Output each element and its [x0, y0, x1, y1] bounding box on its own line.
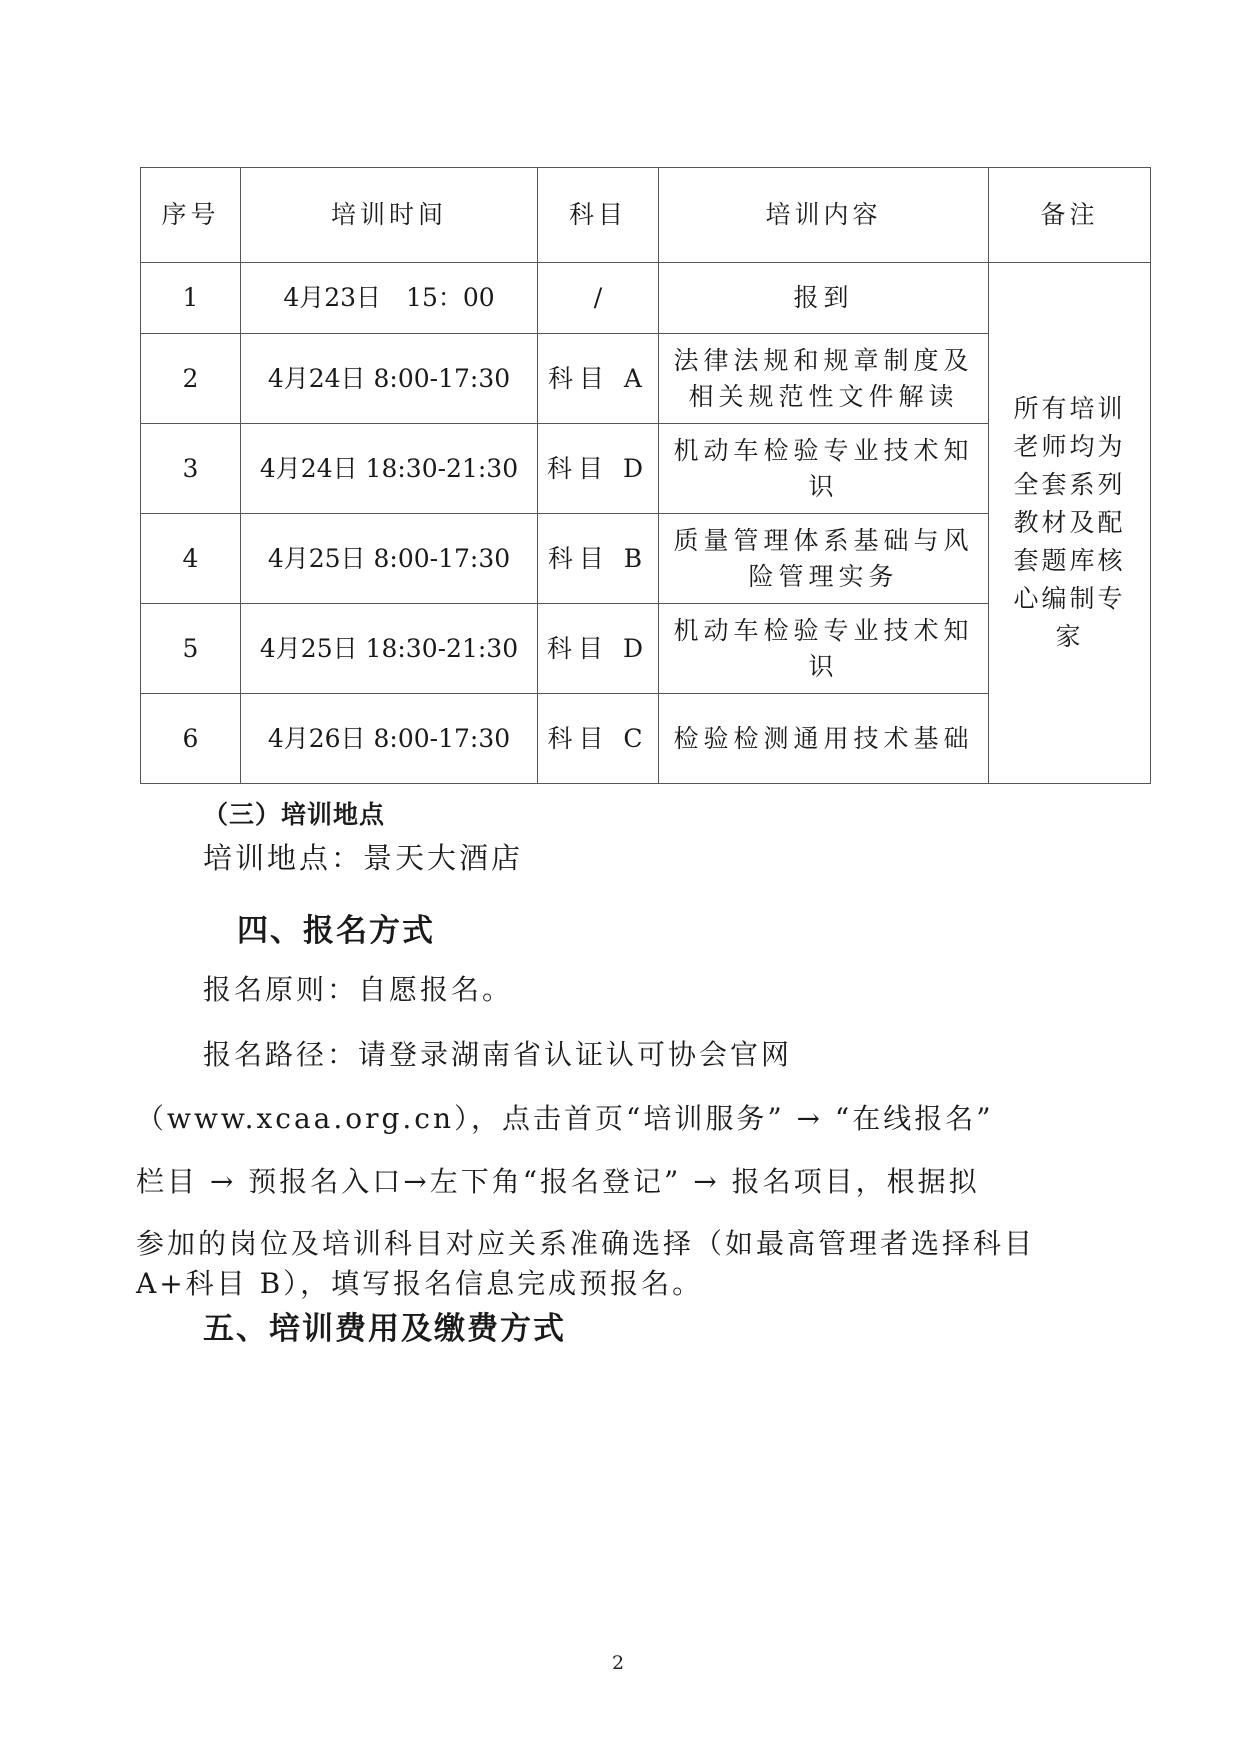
cell-index: 3	[141, 424, 241, 514]
cell-content: 法律法规和规章制度及相关规范性文件解读	[659, 334, 989, 424]
cell-time: 4月24日 18:30-21:30	[241, 424, 538, 514]
registration-principle: 报名原则：自愿报名。	[203, 968, 513, 1008]
registration-path-line: （www.xcaa.org.cn），点击首页“培训服务” → “在线报名”	[136, 1097, 994, 1137]
cell-content: 检验检测通用技术基础	[659, 694, 989, 784]
cell-index: 1	[141, 263, 241, 334]
fees-heading: 五、培训费用及缴费方式	[203, 1303, 566, 1348]
header-content: 培训内容	[659, 168, 989, 263]
cell-subject: 科目 A	[538, 334, 659, 424]
cell-content: 机动车检验专业技术知识	[659, 424, 989, 514]
table-header-row: 序号 培训时间 科目 培训内容 备注	[141, 168, 1151, 263]
cell-index: 4	[141, 514, 241, 604]
location-heading: （三）培训地点	[203, 795, 385, 831]
cell-subject: 科目 D	[538, 424, 659, 514]
cell-remark: 所有培训老师均为全套系列教材及配套题库核心编制专家	[989, 263, 1151, 784]
page-number: 2	[612, 1652, 624, 1674]
registration-heading: 四、报名方式	[237, 905, 435, 950]
cell-subject: 科目 D	[538, 604, 659, 694]
cell-content: 报到	[659, 263, 989, 334]
cell-subject: 科目 B	[538, 514, 659, 604]
table-row: 1 4月23日 15：00 / 报到 所有培训老师均为全套系列教材及配套题库核心…	[141, 263, 1151, 334]
registration-path-line: 参加的岗位及培训科目对应关系准确选择（如最高管理者选择科目	[136, 1222, 1035, 1262]
registration-path-line: 栏目 → 预报名入口→左下角“报名登记” → 报名项目，根据拟	[136, 1160, 980, 1200]
cell-content: 质量管理体系基础与风险管理实务	[659, 514, 989, 604]
training-schedule-table: 序号 培训时间 科目 培训内容 备注 1 4月23日 15：00 / 报到 所有…	[140, 167, 1151, 784]
cell-subject: 科目 C	[538, 694, 659, 784]
cell-index: 2	[141, 334, 241, 424]
cell-index: 5	[141, 604, 241, 694]
cell-time: 4月25日 18:30-21:30	[241, 604, 538, 694]
cell-index: 6	[141, 694, 241, 784]
header-subject: 科目	[538, 168, 659, 263]
registration-path-line: 报名路径：请登录湖南省认证认可协会官网	[203, 1033, 792, 1073]
cell-content: 机动车检验专业技术知识	[659, 604, 989, 694]
cell-time: 4月24日 8:00-17:30	[241, 334, 538, 424]
header-index: 序号	[141, 168, 241, 263]
location-text: 培训地点：景天大酒店	[203, 836, 523, 877]
cell-time: 4月23日 15：00	[241, 263, 538, 334]
cell-time: 4月26日 8:00-17:30	[241, 694, 538, 784]
cell-subject: /	[538, 263, 659, 334]
header-remark: 备注	[989, 168, 1151, 263]
header-time: 培训时间	[241, 168, 538, 263]
cell-time: 4月25日 8:00-17:30	[241, 514, 538, 604]
registration-path-line: A+科目 B），填写报名信息完成预报名。	[136, 1262, 703, 1302]
